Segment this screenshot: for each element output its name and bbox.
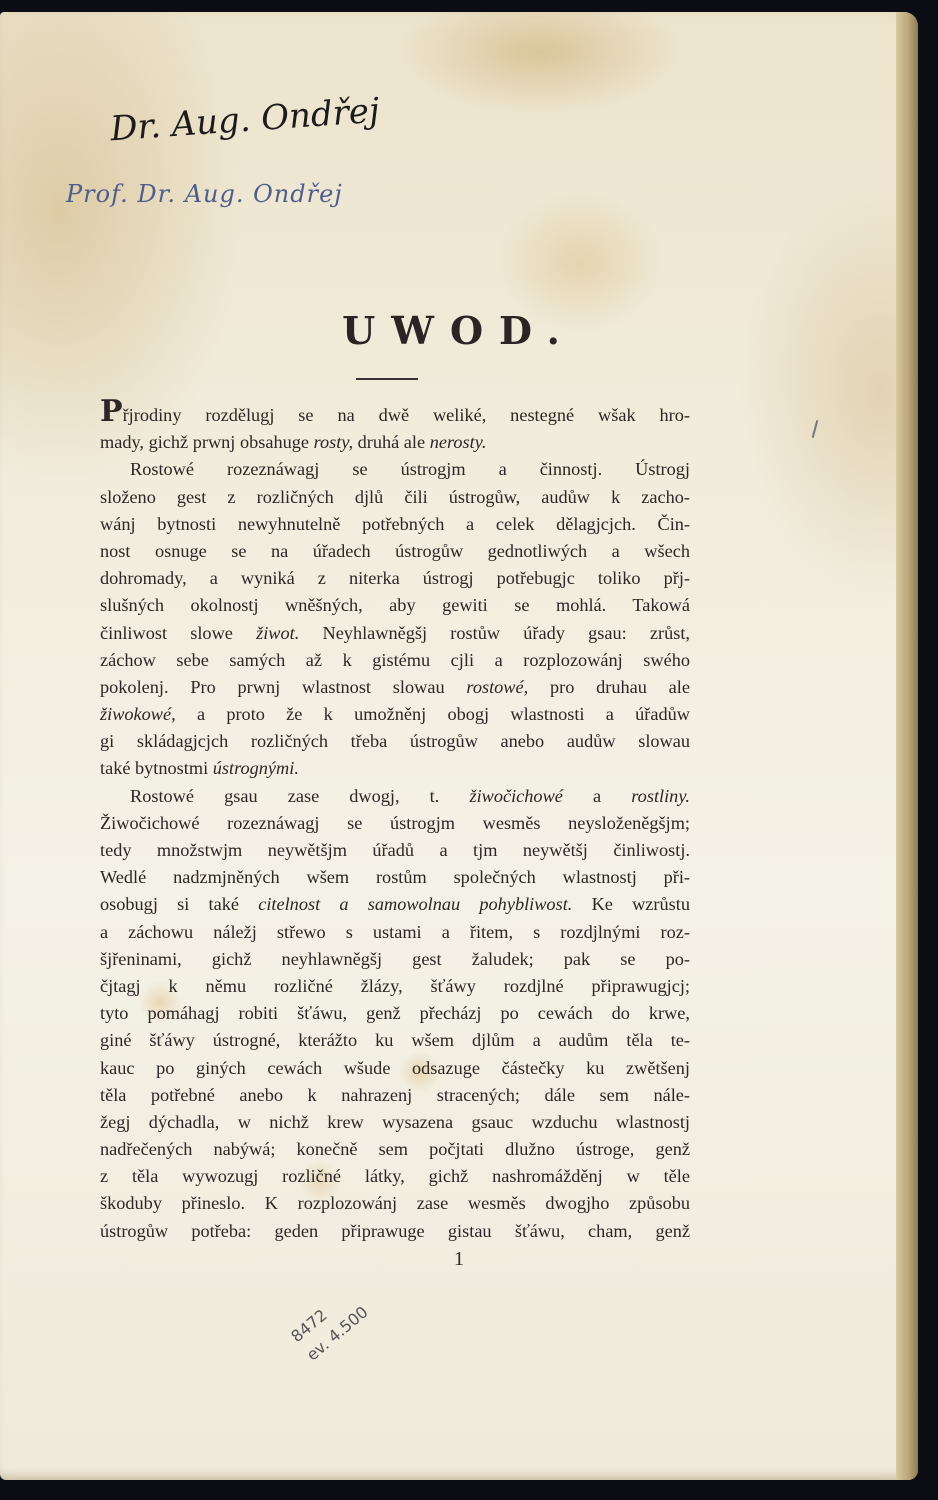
text-line: nadřečených nabýwá; konečně sem počjtati…	[100, 1136, 690, 1163]
text-line: a záchowu náležj střewo s ustami a řitem…	[100, 919, 690, 946]
text-line: žiwokowé, a proto že k umožněnj obogj wl…	[100, 701, 690, 728]
text-line: giné šťáwy ústrogné, kterážto ku wšem dj…	[100, 1027, 690, 1054]
emphasis: rostowé,	[466, 677, 528, 697]
paragraph: Rostowé gsau zase dwogj, t. žiwočichowé …	[100, 783, 690, 1245]
text-line: dohromady, a wyniká z niterka ústrogj po…	[100, 565, 690, 592]
emphasis: nerosty.	[430, 432, 487, 452]
text-line: kauc po giných cewách wšude odsazuge čás…	[100, 1055, 690, 1082]
text-line: nost osnuge se na úřadech ústrogůw gedno…	[100, 538, 690, 565]
text-line: složeno gest z rozličných djlů čili ústr…	[100, 484, 690, 511]
text-line: Rostowé rozeznáwagj se ústrogjm a činnos…	[100, 456, 690, 483]
text-line: wánj bytnosti newyhnutelně potřebných a …	[100, 511, 690, 538]
text-line: slušných okolnostj wněšných, aby gewiti …	[100, 592, 690, 619]
text-line: také bytnostmi ústrognými.	[100, 755, 690, 782]
emphasis: žiwokowé,	[100, 704, 176, 724]
paragraph: Přjrodiny rozdělugj se na dwě weliké, ne…	[100, 402, 690, 456]
text-line: Rostowé gsau zase dwogj, t. žiwočichowé …	[100, 783, 690, 810]
body-text: Přjrodiny rozdělugj se na dwě weliké, ne…	[100, 402, 690, 1245]
handwritten-signature: Dr. Aug. Ondřej	[109, 91, 381, 150]
text-line: Přjrodiny rozdělugj se na dwě weliké, ne…	[100, 402, 690, 429]
text-line: činliwost slowe žiwot. Neyhlawněgšj rost…	[100, 620, 690, 647]
margin-mark	[812, 420, 819, 438]
book-page: Dr. Aug. Ondřej Prof. Dr. Aug. Ondřej UW…	[0, 12, 918, 1480]
emphasis: rostliny.	[631, 786, 690, 806]
text-line: žegj dýchadla, w nichž krew wysazena gsa…	[100, 1109, 690, 1136]
pencil-note: 8472 ev. 4.500	[286, 1282, 374, 1366]
emphasis: citelnost a samowolnau pohybliwost.	[258, 894, 572, 914]
text-line: šjřeninami, gichž neyhlawněgšj gest žalu…	[100, 946, 690, 973]
text-line: pokolenj. Pro prwnj wlastnost slowau ros…	[100, 674, 690, 701]
text-line: z těla wywozugj rozličné látky, gichž na…	[100, 1163, 690, 1190]
text-line: škoduby přineslo. K rozplozowánj zase we…	[100, 1190, 690, 1217]
paragraph: Rostowé rozeznáwagj se ústrogjm a činnos…	[100, 456, 690, 782]
text-line: tedy množstwjm neywětšjm úřadů a tjm ney…	[100, 837, 690, 864]
text-line: tyto pomáhagj robiti šťáwu, genž přecház…	[100, 1000, 690, 1027]
title-rule	[356, 378, 418, 380]
chapter-title: UWOD.	[0, 308, 918, 353]
text-line: mady, gichž prwnj obsahuge rosty, druhá …	[100, 429, 690, 456]
text-line: Wedlé nadzmjněných wšem rostům společnýc…	[100, 864, 690, 891]
text-line: čjtagj k němu rozličné žlázy, šťáwy rozd…	[100, 973, 690, 1000]
text-line: Žiwočichowé rozeznáwagj se ústrogjm wesm…	[100, 810, 690, 837]
drop-cap: P	[100, 394, 123, 429]
text-line: gi skládagjcjch rozličných třeba ústrogů…	[100, 728, 690, 755]
text-line: osobugj si také citelnost a samowolnau p…	[100, 891, 690, 918]
text-line: těla potřebné anebo k nahrazenj stracený…	[100, 1082, 690, 1109]
emphasis: žiwočichowé	[469, 786, 562, 806]
text-line: záchow sebe samých až k gistému cjli a r…	[100, 647, 690, 674]
emphasis: žiwot.	[256, 623, 299, 643]
page-number: 1	[0, 1248, 918, 1271]
emphasis: ústrognými.	[213, 758, 299, 778]
emphasis: rosty,	[314, 432, 353, 452]
text-line: ústrogůw potřeba: geden připrawuge gista…	[100, 1218, 690, 1245]
owner-stamp: Prof. Dr. Aug. Ondřej	[66, 180, 343, 208]
